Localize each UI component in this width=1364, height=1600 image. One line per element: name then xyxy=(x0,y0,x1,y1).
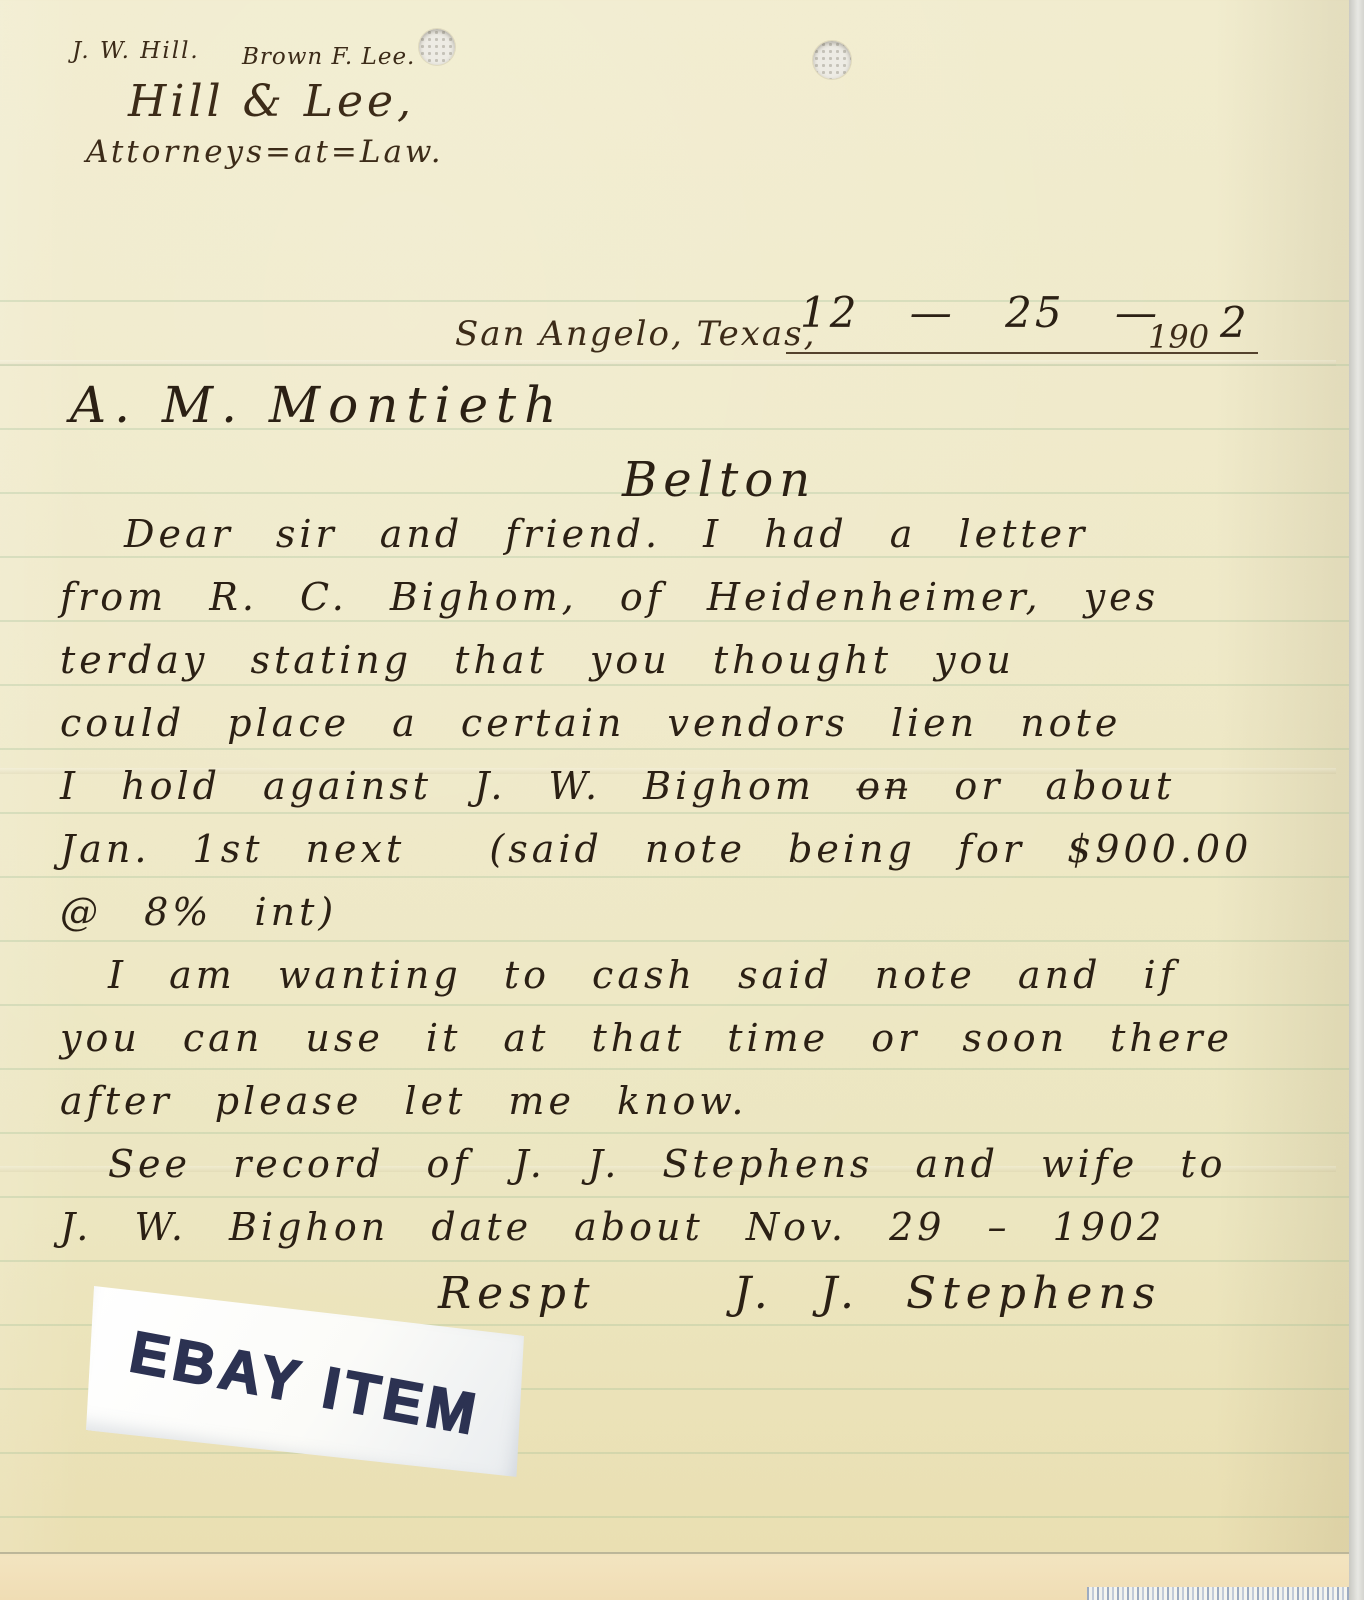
punch-hole xyxy=(419,29,455,65)
letter-line: I hold against J. W. Bighom o̶n̶ or abou… xyxy=(60,764,1352,827)
letterhead-subtitle: Attorneys=at=Law. xyxy=(86,134,444,170)
letter-line: could place a certain vendors lien note xyxy=(60,701,1352,764)
letter-line: Dear sir and friend. I had a letter xyxy=(60,512,1352,575)
dateline-place: San Angelo, Texas, xyxy=(455,314,816,354)
letter-line: terday stating that you thought you xyxy=(60,638,1352,701)
recipient-city: Belton xyxy=(622,452,816,508)
letterhead-attorney-left: J. W. Hill. xyxy=(72,38,200,64)
dateline-printed-year: 190 xyxy=(1148,318,1209,356)
letter-line: See record of J. J. Stephens and wife to xyxy=(60,1142,1352,1205)
ebay-label-text: EBAY ITEM xyxy=(125,1318,486,1448)
dateline-handwritten-year-digit: 2 xyxy=(1220,298,1247,347)
letterhead-firm-name: Hill & Lee, xyxy=(128,76,415,127)
letter-line: you can use it at that time or soon ther… xyxy=(60,1016,1352,1079)
letter-line: I am wanting to cash said note and if xyxy=(60,953,1352,1016)
letter-line: after please let me know. xyxy=(60,1079,1352,1142)
fold-crease xyxy=(0,360,1336,366)
letter-line: J. W. Bighon date about Nov. 29 – 1902 xyxy=(60,1205,1352,1268)
punch-hole xyxy=(813,41,851,79)
letter-body: Dear sir and friend. I had a letterfrom … xyxy=(60,512,1352,1331)
recipient-name: A. M. Montieth xyxy=(70,376,564,434)
letter-line: @ 8% int) xyxy=(60,890,1352,953)
letter-line: Jan. 1st next (said note being for $900.… xyxy=(60,827,1352,890)
fabric-backing xyxy=(1087,1587,1349,1600)
dateline-handwritten-date: 12 — 25 — xyxy=(800,288,1160,337)
letter-line: from R. C. Bighom, of Heidenheimer, yes xyxy=(60,575,1352,638)
photo-edge-strip xyxy=(1349,0,1364,1600)
letter-sheet: J. W. Hill. Brown F. Lee. Hill & Lee, At… xyxy=(0,0,1350,1554)
letterhead-attorney-right: Brown F. Lee. xyxy=(242,44,415,70)
